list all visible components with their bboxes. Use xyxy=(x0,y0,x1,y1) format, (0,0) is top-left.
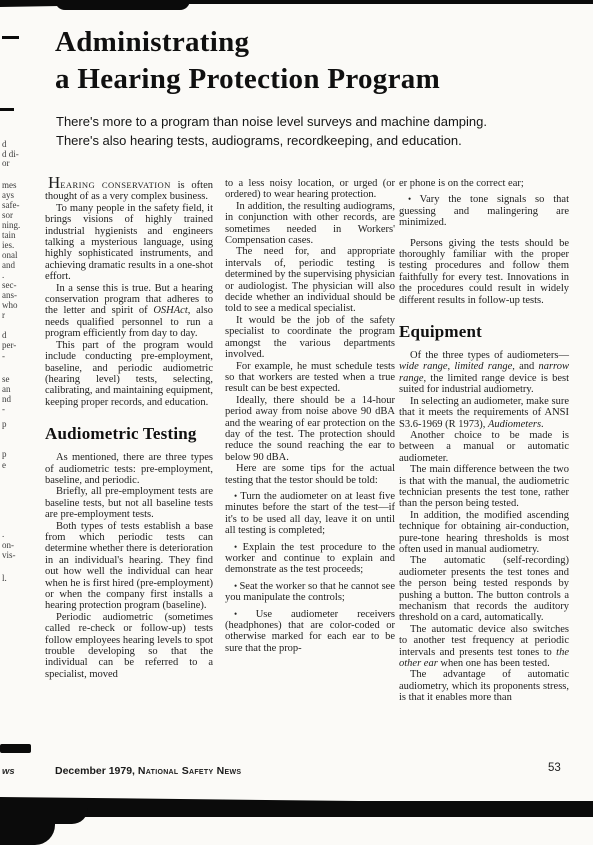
body-paragraph: As mentioned, there are three types of a… xyxy=(45,452,213,486)
edge-text-fragment-footer: ws xyxy=(2,766,15,777)
body-paragraph: Both types of tests establish a base fro… xyxy=(45,521,213,612)
body-paragraph: The main difference between the two is t… xyxy=(399,464,569,510)
article-deck: There's more to a program than noise lev… xyxy=(56,112,546,150)
body-paragraph: Persons giving the tests should be thoro… xyxy=(399,238,569,306)
deck-line-1: There's more to a program than noise lev… xyxy=(56,112,546,131)
edge-text-fragment: ies. xyxy=(2,241,26,250)
footer-magazine-name: National Safety News xyxy=(138,765,241,777)
section-heading: Audiometric Testing xyxy=(45,424,213,443)
body-paragraph: To many people in the safety field, it b… xyxy=(45,203,213,283)
edge-text-fragment: vis- xyxy=(2,551,26,560)
edge-text-fragment: onal xyxy=(2,251,26,260)
edge-text-fragment: l. xyxy=(2,574,26,583)
scan-artifact-bottom-blob-2 xyxy=(0,799,55,845)
edge-text-fragment: ning. xyxy=(2,221,26,230)
article-title: Administrating a Hearing Protection Prog… xyxy=(55,24,440,98)
edge-text-fragment: - xyxy=(2,405,26,414)
edge-text-fragment: r xyxy=(2,311,26,320)
edge-text-fragment: d di- xyxy=(2,150,26,159)
body-paragraph: It would be the job of the safety specia… xyxy=(225,315,395,361)
body-paragraph: Of the three types of audiometers—wide r… xyxy=(399,350,569,396)
edge-text-fragment: who xyxy=(2,301,26,310)
article-title-line-2: a Hearing Protection Program xyxy=(55,61,440,98)
edge-text-fragment: tain xyxy=(2,231,26,240)
body-paragraph: HEARING CONSERVATION is often thought of… xyxy=(45,178,213,203)
body-paragraph: er phone is on the correct ear; xyxy=(399,178,569,189)
article-column-3: er phone is on the correct ear;• Vary th… xyxy=(399,178,569,704)
body-paragraph: The advantage of automatic audiometry, w… xyxy=(399,669,569,703)
edge-text-fragment: . xyxy=(2,271,26,280)
body-paragraph: Another choice to be made is between a m… xyxy=(399,430,569,464)
edge-text-fragment: mes xyxy=(2,181,26,190)
bullet-icon: • xyxy=(234,609,256,619)
body-paragraph: Ideally, there should be a 14-hour perio… xyxy=(225,395,395,463)
body-paragraph: In addition, the resulting audiograms, i… xyxy=(225,201,395,247)
footer-date: December 1979, xyxy=(55,765,135,777)
scan-artifact-left-bar xyxy=(0,744,31,753)
edge-text-fragment: p xyxy=(2,450,26,459)
edge-text-fragment: se xyxy=(2,375,26,384)
scanned-magazine-page: Administrating a Hearing Protection Prog… xyxy=(0,0,593,845)
edge-text-fragment: d xyxy=(2,140,26,149)
body-paragraph: Periodic audiometric (sometimes called r… xyxy=(45,612,213,680)
body-paragraph: In addition, the modified ascending tech… xyxy=(399,510,569,556)
edge-text-fragment: ans- xyxy=(2,291,26,300)
bullet-item: • Vary the tone signals so that guessing… xyxy=(399,194,569,228)
article-title-line-1: Administrating xyxy=(55,24,440,61)
edge-text-fragment: ays xyxy=(2,191,26,200)
deck-line-2: There's also hearing tests, audiograms, … xyxy=(56,131,546,150)
body-paragraph: The automatic (self-recording) audiomete… xyxy=(399,555,569,623)
bullet-item: • Turn the audiometer on at least five m… xyxy=(225,491,395,537)
body-paragraph: The need for, and appropriate intervals … xyxy=(225,246,395,314)
body-paragraph: This part of the program would include c… xyxy=(45,340,213,408)
section-heading: Equipment xyxy=(399,322,569,341)
body-paragraph: For example, he must schedule tests so t… xyxy=(225,361,395,395)
small-caps-text: EARING CONSERVATION xyxy=(60,180,171,190)
edge-text-fragment: an xyxy=(2,385,26,394)
article-column-1: HEARING CONSERVATION is often thought of… xyxy=(45,178,213,680)
edge-text-fragment: - xyxy=(2,352,26,361)
edge-text-fragment: p xyxy=(2,420,26,429)
edge-text-fragment: sec- xyxy=(2,281,26,290)
edge-text-fragment: . xyxy=(2,530,26,539)
body-paragraph: In selecting an audiometer, make sure th… xyxy=(399,396,569,430)
bullet-item: • Use audiometer receivers (headphones) … xyxy=(225,609,395,655)
bullet-item: • Explain the test procedure to the work… xyxy=(225,542,395,576)
body-paragraph: In a sense this is true. But a hearing c… xyxy=(45,283,213,340)
edge-text-fragment: e xyxy=(2,461,26,470)
footer-credit: December 1979, National Safety News xyxy=(55,765,241,777)
bullet-icon: • xyxy=(234,542,243,552)
body-paragraph: Briefly, all pre-employment tests are ba… xyxy=(45,486,213,520)
body-paragraph: The automatic device also switches to an… xyxy=(399,624,569,670)
article-column-2: to a less noisy location, or urged (or o… xyxy=(225,178,395,654)
bullet-icon: • xyxy=(408,194,420,204)
edge-text-fragment: and xyxy=(2,261,26,270)
edge-text-fragment: d xyxy=(2,331,26,340)
edge-text-fragment: sor xyxy=(2,211,26,220)
scan-artifact-bottom-band xyxy=(0,801,593,817)
drop-cap: H xyxy=(48,173,60,192)
margin-fragments: dd di-ormesayssafe-sorning.tainies.onala… xyxy=(0,0,26,845)
page-number: 53 xyxy=(548,762,561,774)
body-paragraph: to a less noisy location, or urged (or o… xyxy=(225,178,395,201)
scan-artifact-top-blob xyxy=(55,0,190,10)
edge-text-fragment: nd xyxy=(2,395,26,404)
edge-text-fragment: or xyxy=(2,159,26,168)
bullet-item: • Seat the worker so that he cannot see … xyxy=(225,581,395,604)
body-paragraph: Here are some tips for the actual testin… xyxy=(225,463,395,486)
edge-text-fragment: on- xyxy=(2,541,26,550)
edge-text-fragment: safe- xyxy=(2,201,26,210)
edge-text-fragment: per- xyxy=(2,341,26,350)
